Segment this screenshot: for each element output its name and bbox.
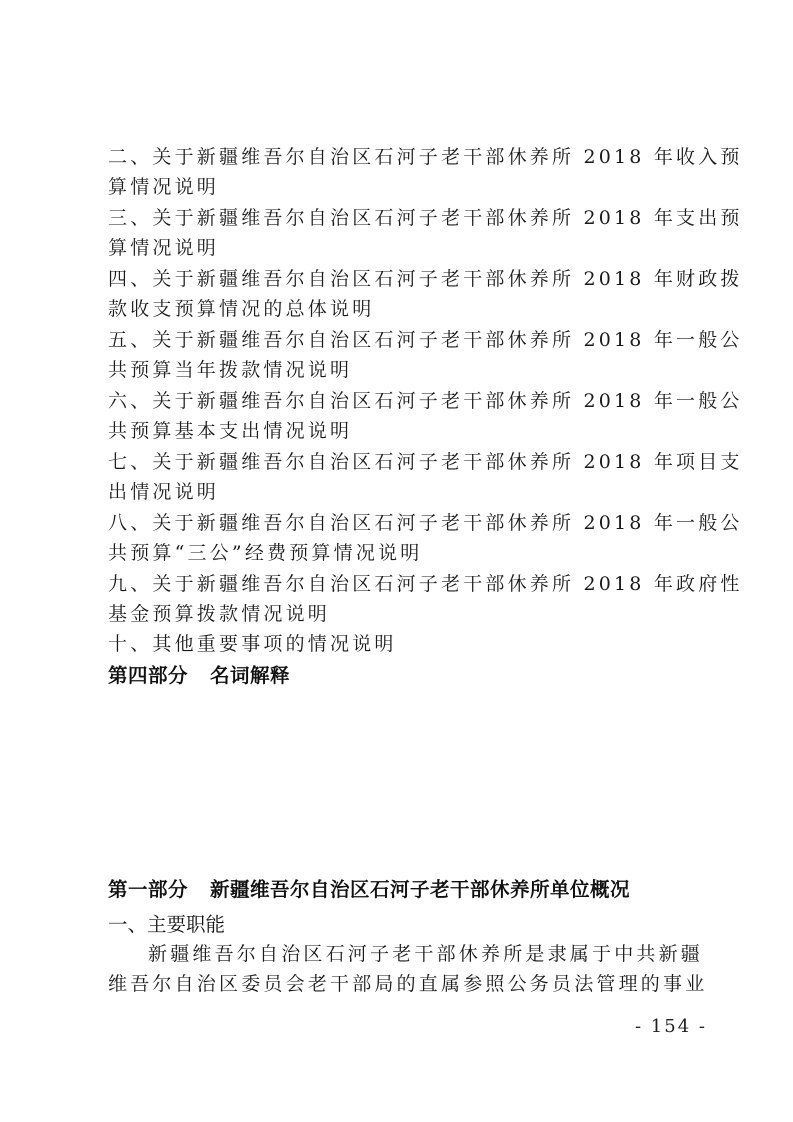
toc-item-8-line2: 共预算“三公”经费预算情况说明 [108,540,700,566]
paragraph-line-2: 维吾尔自治区委员会老干部局的直属参照公务员法管理的事业 [108,971,700,997]
toc-item-10: 十、其他重要事项的情况说明 [108,631,700,657]
part1-heading: 第一部分新疆维吾尔自治区石河子老干部休养所单位概况 [108,876,630,904]
toc-item-4-line1: 四、关于新疆维吾尔自治区石河子老干部休养所 2018 年财政拨 [108,266,700,292]
toc-item-5-line1: 五、关于新疆维吾尔自治区石河子老干部休养所 2018 年一般公 [108,327,700,353]
paragraph-line-1: 新疆维吾尔自治区石河子老干部休养所是隶属于中共新疆 [148,941,700,967]
part1-title: 新疆维吾尔自治区石河子老干部休养所单位概况 [210,878,630,901]
part1-label: 第一部分 [108,878,188,901]
toc-item-2-line1: 二、关于新疆维吾尔自治区石河子老干部休养所 2018 年收入预 [108,144,700,170]
part4-title: 名词解释 [210,664,290,687]
toc-part4-heading: 第四部分名词解释 [108,662,290,690]
toc-item-6-line2: 共预算基本支出情况说明 [108,418,700,444]
toc-item-7-line2: 出情况说明 [108,479,700,505]
toc-item-3-line2: 算情况说明 [108,235,700,261]
part4-label: 第四部分 [108,664,188,687]
toc-item-9-line1: 九、关于新疆维吾尔自治区石河子老干部休养所 2018 年政府性 [108,571,700,597]
toc-item-2-line2: 算情况说明 [108,174,700,200]
section-heading-main-functions: 一、主要职能 [108,911,225,939]
page-number: - 154 - [635,1016,707,1038]
toc-item-9-line2: 基金预算拨款情况说明 [108,601,700,627]
document-page: 二、关于新疆维吾尔自治区石河子老干部休养所 2018 年收入预 算情况说明 三、… [0,0,793,1122]
toc-item-3-line1: 三、关于新疆维吾尔自治区石河子老干部休养所 2018 年支出预 [108,205,700,231]
toc-item-5-line2: 共预算当年拨款情况说明 [108,357,700,383]
toc-item-6-line1: 六、关于新疆维吾尔自治区石河子老干部休养所 2018 年一般公 [108,388,700,414]
toc-item-4-line2: 款收支预算情况的总体说明 [108,296,700,322]
toc-item-7-line1: 七、关于新疆维吾尔自治区石河子老干部休养所 2018 年项目支 [108,449,700,475]
toc-item-8-line1: 八、关于新疆维吾尔自治区石河子老干部休养所 2018 年一般公 [108,510,700,536]
